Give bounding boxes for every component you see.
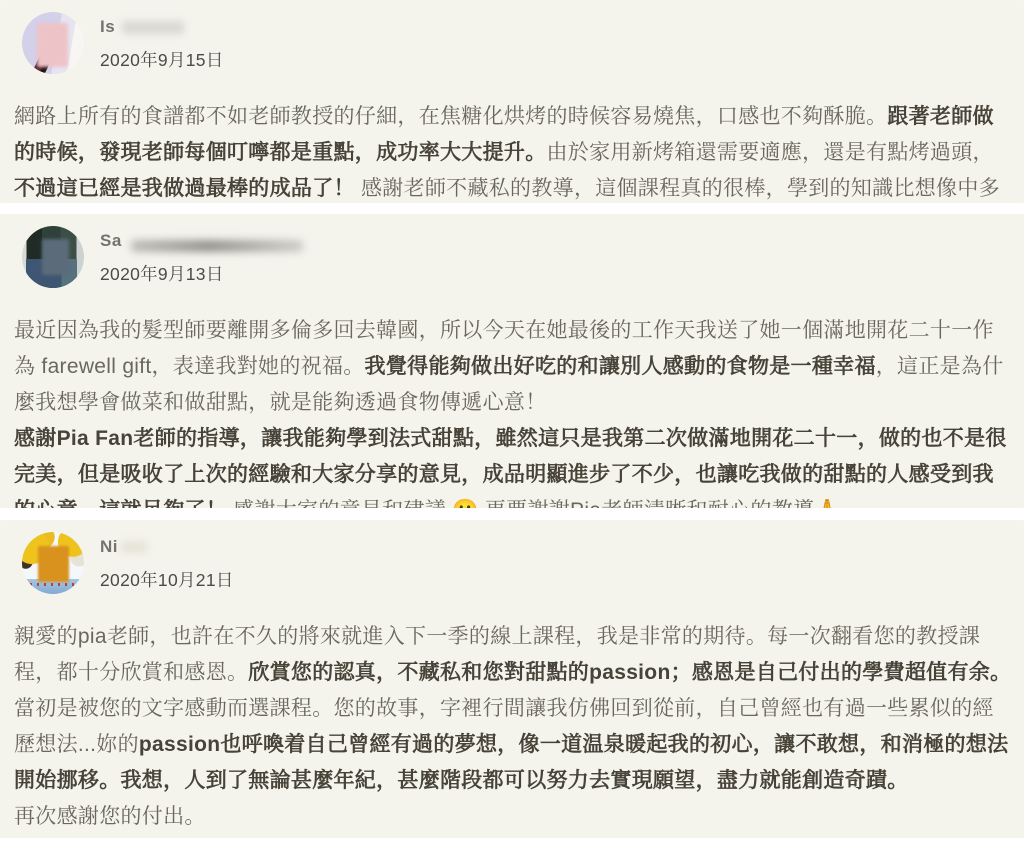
reviewer-name-visible: Is (100, 17, 115, 37)
review-date: 2020年9月13日 (100, 261, 303, 286)
reviewer-name: Ni (100, 537, 234, 557)
review-text: 網路上所有的食譜都不如老師教授的仔細，在焦糖化烘烤的時候容易燒焦，口感也不夠酥脆… (14, 105, 887, 128)
review-text: 再次感謝您的付出。 (14, 805, 206, 828)
reviewer-name-visible: Sa (100, 231, 122, 251)
review-body: 最近因為我的髮型師要離開多倫多回去韓國，所以今天在她最後的工作天我送了她一個滿地… (14, 313, 1014, 508)
reviewer-meta: Is 2020年9月15日 (100, 12, 224, 72)
review-body: 網路上所有的食譜都不如老師教授的仔細，在焦糖化烘烤的時候容易燒焦，口感也不夠酥脆… (14, 99, 1014, 203)
avatar-image[interactable] (22, 532, 84, 594)
review-text: 由於家用新烤箱還需要適應，還是有點烤過頭， (547, 141, 994, 164)
review-header: Ni 2020年10月21日 (14, 530, 1014, 594)
reviewer-name-redacted (122, 21, 184, 34)
review-text-bold: 我覺得能夠做出好吃的和讓別人感動的食物是一種幸福 (365, 355, 876, 378)
review-card: Sa 2020年9月13日 最近因為我的髮型師要離開多倫多回去韓國，所以今天在她… (0, 214, 1024, 508)
reviews-list: Is 2020年9月15日 網路上所有的食譜都不如老師教授的仔細，在焦糖化烘烤的… (0, 0, 1024, 851)
review-paragraph: 感謝Pia Fan老師的指導，讓我能夠學到法式甜點，雖然這只是我第二次做滿地開花… (14, 421, 1012, 508)
review-paragraph: 親愛的pia老師，也許在不久的將來就進入下一季的線上課程，我是非常的期待。每一次… (14, 619, 1012, 799)
review-text-bold: 不過這已經是我做過最棒的成品了！ (14, 177, 355, 200)
review-paragraph: 最近因為我的髮型師要離開多倫多回去韓國，所以今天在她最後的工作天我送了她一個滿地… (14, 313, 1012, 421)
avatar-image[interactable] (22, 12, 84, 74)
review-header: Sa 2020年9月13日 (14, 224, 1014, 288)
review-header: Is 2020年9月15日 (14, 10, 1014, 74)
reviewer-name-redacted (121, 541, 147, 553)
reviewer-meta: Sa 2020年9月13日 (100, 226, 303, 286)
review-text: 感謝大家的意見和建議 🙂 更要謝謝Pia老師清晰和耐心的教導🙏 (227, 499, 841, 508)
review-paragraph: 網路上所有的食譜都不如老師教授的仔細，在焦糖化烘烤的時候容易燒焦，口感也不夠酥脆… (14, 99, 1012, 203)
review-paragraph: 再次感謝您的付出。 (14, 799, 1012, 835)
reviewer-name: Is (100, 17, 224, 37)
review-date: 2020年9月15日 (100, 47, 224, 72)
review-body: 親愛的pia老師，也許在不久的將來就進入下一季的線上課程，我是非常的期待。每一次… (14, 619, 1014, 835)
review-date: 2020年10月21日 (100, 567, 234, 592)
avatar-image[interactable] (22, 226, 84, 288)
review-text-bold: 感謝Pia Fan老師的指導，讓我能夠學到法式甜點，雖然這只是我第二次做滿地開花… (14, 427, 1007, 508)
reviewer-name-visible: Ni (100, 537, 118, 557)
reviewer-name-redacted (131, 240, 303, 252)
review-text-bold: 欣賞您的認真，不藏私和您對甜點的passion；感恩是自己付出的學費超值有余。 (248, 661, 1011, 684)
review-card: Is 2020年9月15日 網路上所有的食譜都不如老師教授的仔細，在焦糖化烘烤的… (0, 0, 1024, 203)
reviewer-meta: Ni 2020年10月21日 (100, 532, 234, 592)
reviewer-name: Sa (100, 231, 303, 251)
review-card: Ni 2020年10月21日 親愛的pia老師，也許在不久的將來就進入下一季的線… (0, 520, 1024, 838)
review-text-bold: 我想，人到了無論甚麼年紀，甚麼階段都可以努力去實現願望，盡力就能創造奇蹟。 (121, 769, 909, 792)
